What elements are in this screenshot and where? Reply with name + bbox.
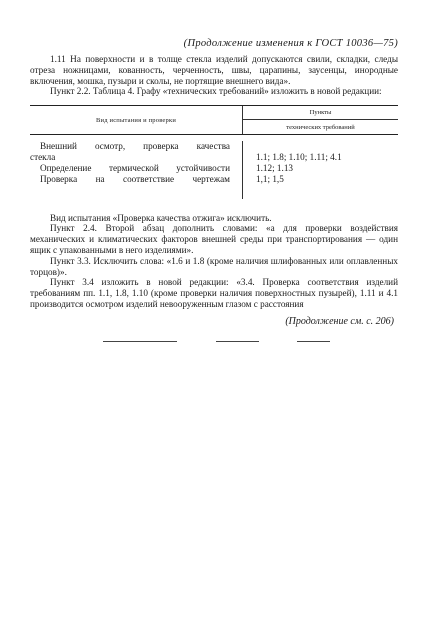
table-header: Вид испытания и проверки Пункты техничес… <box>30 106 398 135</box>
table-row-items: 1.1; 1.8; 1.10; 1.11; 4.1 <box>256 152 398 163</box>
table-row-items: 1.12; 1.13 <box>256 163 398 174</box>
table-col-items: 1.1; 1.8; 1.10; 1.11; 4.1 1.12; 1.13 1,1… <box>242 141 398 198</box>
table-body: Внешний осмотр, проверка качества стекла… <box>30 135 398 198</box>
amendments-text: Вид испытания «Проверка качества отжига»… <box>30 213 398 310</box>
header-test-type: Вид испытания и проверки <box>30 106 242 134</box>
paragraph-item-3-3: Пункт 3.3. Исключить слова: «1.6 и 1.8 (… <box>30 256 398 278</box>
divider <box>216 341 259 342</box>
decorative-rules <box>30 337 398 357</box>
table-row-test: Внешний осмотр, проверка качества <box>30 141 230 152</box>
paragraph-item-3-4: Пункт 3.4 изложить в новой редакции: «3.… <box>30 277 398 309</box>
header-items: Пункты <box>243 106 398 120</box>
divider <box>103 341 177 342</box>
table-col-tests: Внешний осмотр, проверка качества стекла… <box>30 141 242 198</box>
paragraph-exclude-annealing: Вид испытания «Проверка качества отжига»… <box>30 213 398 224</box>
table-row-test-cont: стекла <box>30 152 230 163</box>
table-row-test: Проверка на соответствие чертежам <box>30 174 230 185</box>
header-technical-requirements: технических требований <box>243 120 398 134</box>
paragraph-1-11: 1.11 На поверхности и в толще стекла изд… <box>30 54 398 86</box>
paragraph-item-2-2: Пункт 2.2. Таблица 4. Графу «технических… <box>30 86 398 97</box>
continuation-header: (Продолжение изменения к ГОСТ 10036—75) <box>30 38 398 49</box>
table-row-items: 1,1; 1,5 <box>256 174 398 185</box>
continuation-footer: (Продолжение см. с. 206) <box>30 316 398 327</box>
document-page: (Продолжение изменения к ГОСТ 10036—75) … <box>30 38 398 357</box>
header-items-group: Пункты технических требований <box>242 106 398 134</box>
table-row-test: Определение термической устойчивости <box>30 163 230 174</box>
requirements-table: Вид испытания и проверки Пункты техничес… <box>30 105 398 198</box>
paragraph-item-2-4: Пункт 2.4. Второй абзац дополнить словам… <box>30 223 398 255</box>
divider <box>297 341 330 342</box>
